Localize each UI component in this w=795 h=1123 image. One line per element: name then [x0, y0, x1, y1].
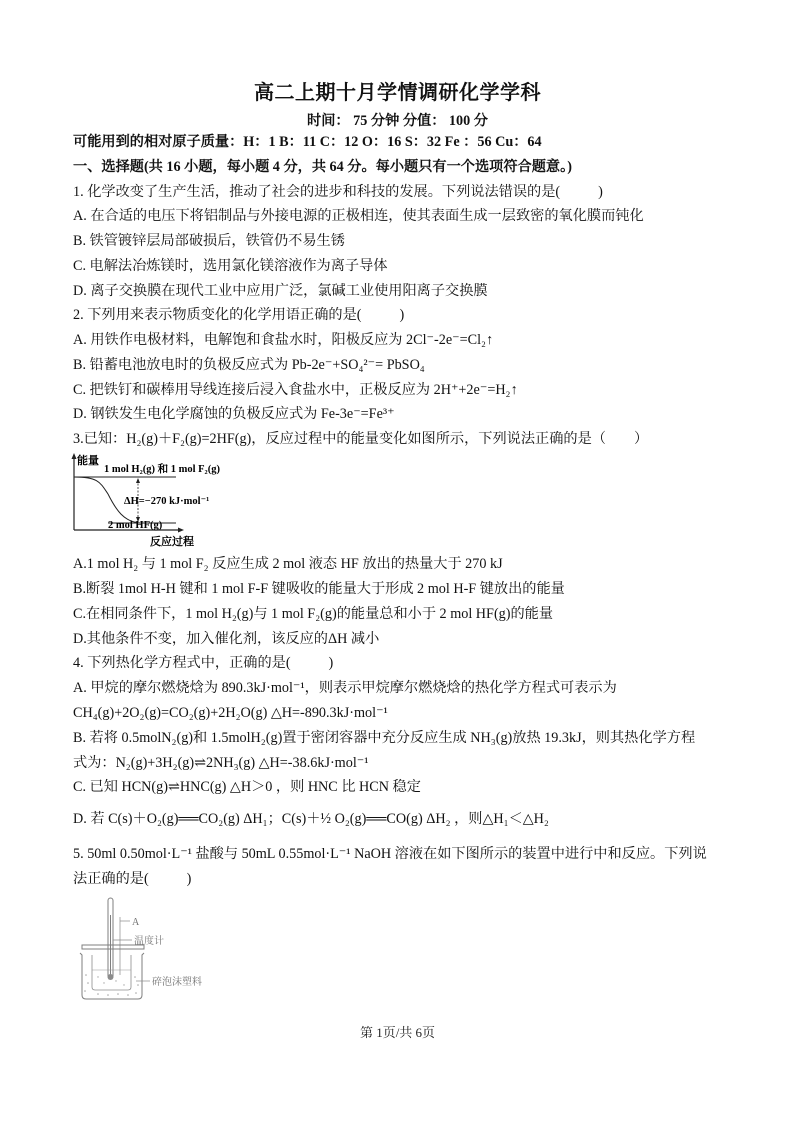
calorimeter-diagram: A 温度计 碎泡沫塑料 — [68, 895, 218, 1005]
question-2-stem: 2. 下列用来表示物质变化的化学用语正确的是() — [73, 306, 404, 324]
reactants-level-label: 1 mol H₂(g) 和 1 mol F₂(g) — [104, 462, 220, 475]
exam-time-score: 时间： 75 分钟 分值： 100 分 — [0, 110, 795, 130]
exam-page: 高二上期十月学情调研化学学科 时间： 75 分钟 分值： 100 分 可能用到的… — [0, 0, 795, 1123]
thermometer-label: 温度计 — [134, 934, 164, 947]
question-2-option-a: A. 用铁作电极材料，电解饱和食盐水时，阳极反应为 2Cl⁻-2e⁻=Cl₂↑ — [73, 331, 493, 349]
question-1-option-d: D. 离子交换膜在现代工业中应用广泛，氯碱工业使用阳离子交换膜 — [73, 282, 488, 300]
reaction-progress-label: 反应过程 — [150, 534, 194, 548]
question-5-stem-cont: 法正确的是() — [73, 870, 191, 888]
delta-h-label: ΔH=−270 kJ·mol⁻¹ — [124, 496, 209, 507]
exam-title: 高二上期十月学情调研化学学科 — [0, 76, 795, 105]
energy-diagram: 能量 1 mol H₂(g) 和 1 mol F₂(g) ΔH=−270 kJ·… — [68, 452, 268, 548]
question-1-option-c: C. 电解法冶炼镁时，选用氯化镁溶液作为离子导体 — [73, 257, 388, 275]
question-3-option-a: A.1 mol H₂ 与 1 mol F₂ 反应生成 2 mol 液态 HF 放… — [73, 555, 503, 573]
question-4-option-b: B. 若将 0.5molN₂(g)和 1.5molH₂(g)置于密闭容器中充分反… — [73, 729, 695, 747]
question-1-option-a: A. 在合适的电压下将铝制品与外接电源的正极相连，使其表面生成一层致密的氧化膜而… — [73, 207, 644, 225]
atomic-masses: 可能用到的相对原子质量：H：1 B：11 C：12 O：16 S：32 Fe ：… — [73, 133, 542, 151]
question-2-option-c: C. 把铁钉和碳棒用导线连接后浸入食盐水中，正极反应为 2H⁺+2e⁻=H₂↑ — [73, 381, 518, 399]
question-4-stem: 4. 下列热化学方程式中，正确的是() — [73, 654, 333, 672]
page-number: 第 1页/共 6页 — [0, 1022, 795, 1041]
question-4-option-d: D. 若 C(s)＋O₂(g)══CO₂(g) ΔH₁；C(s)＋½ O₂(g)… — [73, 810, 549, 828]
question-4-option-a: A. 甲烷的摩尔燃烧焓为 890.3kJ·mol⁻¹，则表示甲烷摩尔燃烧焓的热化… — [73, 679, 617, 697]
question-4-option-b-equation: 式为：N₂(g)+3H₂(g)⇌2NH₃(g) △H=-38.6kJ·mol⁻¹ — [73, 754, 369, 772]
question-4-option-a-equation: CH₄(g)+2O₂(g)=CO₂(g)+2H₂O(g) △H=-890.3kJ… — [73, 704, 388, 722]
question-1-stem: 1. 化学改变了生产生活，推动了社会的进步和科技的发展。下列说法错误的是() — [73, 183, 603, 201]
question-5-stem: 5. 50ml 0.50mol·L⁻¹ 盐酸与 50mL 0.55mol·L⁻¹… — [73, 845, 707, 863]
products-level-label: 2 mol HF(g) — [108, 520, 163, 531]
question-3-option-c: C.在相同条件下，1 mol H₂(g)与 1 mol F₂(g)的能量总和小于… — [73, 605, 553, 623]
question-3-option-b: B.断裂 1mol H-H 键和 1 mol F-F 键吸收的能量大于形成 2 … — [73, 580, 565, 598]
question-1-option-b: B. 铁管镀锌层局部破损后，铁管仍不易生锈 — [73, 232, 345, 250]
question-2-option-b: B. 铅蓄电池放电时的负极反应式为 Pb-2e⁻+SO₄²⁻= PbSO₄ — [73, 356, 425, 374]
energy-axis-label: 能量 — [77, 453, 99, 467]
foam-label: 碎泡沫塑料 — [152, 975, 202, 988]
question-3-option-d: D.其他条件不变，加入催化剂，该反应的ΔH 减小 — [73, 630, 379, 648]
question-4-option-c: C. 已知 HCN(g)⇌HNC(g) △H＞0 ，则 HNC 比 HCN 稳定 — [73, 778, 421, 796]
section-heading: 一、选择题(共 16 小题，每小题 4 分，共 64 分。每小题只有一个选项符合… — [73, 158, 572, 176]
question-2-option-d: D. 钢铁发生电化学腐蚀的负极反应式为 Fe-3e⁻=Fe³⁺ — [73, 405, 395, 423]
question-3-stem: 3.已知：H₂(g)＋F₂(g)=2HF(g)，反应过程中的能量变化如图所示，下… — [73, 430, 648, 448]
stirrer-label: A — [132, 917, 140, 928]
